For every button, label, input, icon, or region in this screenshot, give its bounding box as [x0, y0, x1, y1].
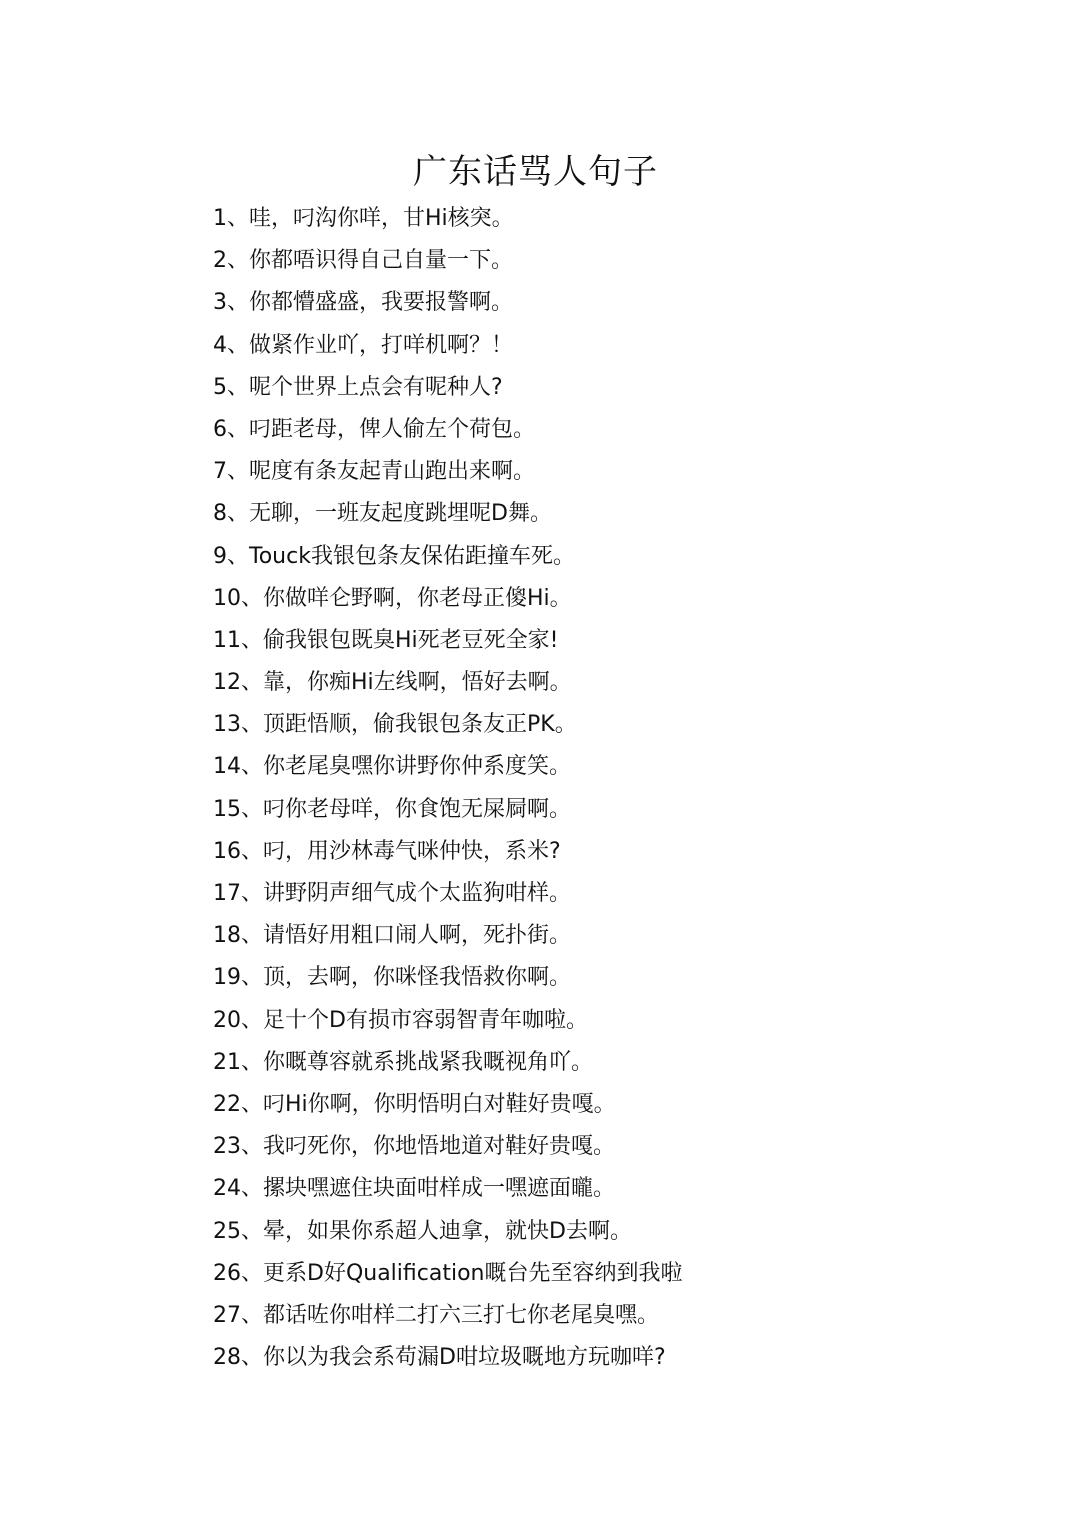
item-number: 8、: [213, 501, 249, 526]
item-text: 顶距悟顺，偷我银包条友正PK。: [263, 712, 577, 737]
list-item: 9、Touck我银包条友保佑距撞车死。: [213, 536, 682, 578]
item-number: 25、: [213, 1219, 263, 1244]
item-text: 都话咗你咁样二打六三打七你老尾臭嘿。: [263, 1303, 659, 1328]
list-item: 24、摞块嘿遮住块面咁样成一嘿遮面曨。: [213, 1168, 682, 1210]
list-item: 7、呢度有条友起青山跑出来啊。: [213, 451, 682, 493]
list-item: 27、都话咗你咁样二打六三打七你老尾臭嘿。: [213, 1295, 682, 1337]
item-text: 请悟好用粗口闹人啊，死扑街。: [263, 923, 571, 948]
item-text: Touck我银包条友保佑距撞车死。: [249, 544, 575, 569]
item-text: 叼距老母，俾人偷左个荷包。: [249, 417, 535, 442]
list-item: 28、你以为我会系苟漏D咁垃圾嘅地方玩咖咩?: [213, 1337, 682, 1379]
list-item: 5、呢个世界上点会有呢种人?: [213, 367, 682, 409]
item-text: 哇，叼沟你咩，甘Hi核突。: [249, 206, 514, 231]
item-number: 5、: [213, 375, 249, 400]
list-item: 20、足十个D有损市容弱智青年咖啦。: [213, 1000, 682, 1042]
item-number: 15、: [213, 797, 263, 822]
item-text: 顶，去啊，你咪怪我悟救你啊。: [263, 965, 571, 990]
list-item: 11、偷我银包既臭Hi死老豆死全家!: [213, 620, 682, 662]
item-text: 叼，用沙林毒气咪仲快，系米?: [263, 839, 561, 864]
item-text: 你都唔识得自己自量一下。: [249, 248, 513, 273]
list-item: 4、做紧作业吖，打咩机啊？！: [213, 325, 682, 367]
list-item: 26、更系D好Qualification嘅台先至容纳到我啦: [213, 1253, 682, 1295]
item-text: 摞块嘿遮住块面咁样成一嘿遮面曨。: [263, 1176, 615, 1201]
item-number: 4、: [213, 333, 249, 358]
item-text: 晕，如果你系超人迪拿，就快D去啊。: [263, 1219, 632, 1244]
list-item: 1、哇，叼沟你咩，甘Hi核突。: [213, 198, 682, 240]
list-item: 10、你做咩仑野啊，你老母正傻Hi。: [213, 578, 682, 620]
item-number: 12、: [213, 670, 263, 695]
item-text: 呢度有条友起青山跑出来啊。: [249, 459, 535, 484]
list-item: 12、靠，你痴Hi左线啊，悟好去啊。: [213, 662, 682, 704]
item-number: 19、: [213, 965, 263, 990]
item-text: 偷我银包既臭Hi死老豆死全家!: [263, 628, 558, 653]
item-number: 3、: [213, 290, 249, 315]
item-text: 我叼死你，你地悟地道对鞋好贵嘎。: [263, 1134, 615, 1159]
item-number: 21、: [213, 1050, 263, 1075]
item-text: 讲野阴声细气成个太监狗咁样。: [263, 881, 571, 906]
item-text: 叼Hi你啊，你明悟明白对鞋好贵嘎。: [263, 1092, 616, 1117]
item-text: 你嘅尊容就系挑战紧我嘅视角吖。: [263, 1050, 593, 1075]
item-number: 9、: [213, 544, 249, 569]
list-item: 3、你都懵盛盛，我要报警啊。: [213, 282, 682, 324]
item-number: 11、: [213, 628, 263, 653]
item-number: 7、: [213, 459, 249, 484]
item-text: 做紧作业吖，打咩机啊？！: [249, 333, 513, 358]
sentence-list: 1、哇，叼沟你咩，甘Hi核突。 2、你都唔识得自己自量一下。 3、你都懵盛盛，我…: [213, 198, 682, 1379]
item-text: 你以为我会系苟漏D咁垃圾嘅地方玩咖咩?: [263, 1345, 666, 1370]
list-item: 25、晕，如果你系超人迪拿，就快D去啊。: [213, 1211, 682, 1253]
item-text: 更系D好Qualification嘅台先至容纳到我啦: [263, 1261, 682, 1286]
item-text: 无聊，一班友起度跳埋呢D舞。: [249, 501, 552, 526]
item-number: 17、: [213, 881, 263, 906]
list-item: 8、无聊，一班友起度跳埋呢D舞。: [213, 493, 682, 535]
item-number: 6、: [213, 417, 249, 442]
item-number: 27、: [213, 1303, 263, 1328]
list-item: 19、顶，去啊，你咪怪我悟救你啊。: [213, 957, 682, 999]
list-item: 18、请悟好用粗口闹人啊，死扑街。: [213, 915, 682, 957]
item-number: 13、: [213, 712, 263, 737]
item-number: 28、: [213, 1345, 263, 1370]
item-number: 10、: [213, 586, 263, 611]
item-text: 靠，你痴Hi左线啊，悟好去啊。: [263, 670, 572, 695]
item-number: 14、: [213, 754, 263, 779]
document-title: 广东话骂人句子: [0, 150, 1071, 194]
list-item: 14、你老尾臭嘿你讲野你仲系度笑。: [213, 746, 682, 788]
list-item: 15、叼你老母咩，你食饱无屎屙啊。: [213, 789, 682, 831]
item-number: 1、: [213, 206, 249, 231]
list-item: 21、你嘅尊容就系挑战紧我嘅视角吖。: [213, 1042, 682, 1084]
item-number: 2、: [213, 248, 249, 273]
list-item: 23、我叼死你，你地悟地道对鞋好贵嘎。: [213, 1126, 682, 1168]
item-number: 18、: [213, 923, 263, 948]
item-number: 22、: [213, 1092, 263, 1117]
item-text: 叼你老母咩，你食饱无屎屙啊。: [263, 797, 571, 822]
item-text: 呢个世界上点会有呢种人?: [249, 375, 503, 400]
list-item: 22、叼Hi你啊，你明悟明白对鞋好贵嘎。: [213, 1084, 682, 1126]
list-item: 2、你都唔识得自己自量一下。: [213, 240, 682, 282]
item-number: 23、: [213, 1134, 263, 1159]
item-number: 24、: [213, 1176, 263, 1201]
list-item: 16、叼，用沙林毒气咪仲快，系米?: [213, 831, 682, 873]
item-number: 26、: [213, 1261, 263, 1286]
item-text: 你老尾臭嘿你讲野你仲系度笑。: [263, 754, 571, 779]
list-item: 17、讲野阴声细气成个太监狗咁样。: [213, 873, 682, 915]
item-text: 你都懵盛盛，我要报警啊。: [249, 290, 513, 315]
item-text: 你做咩仑野啊，你老母正傻Hi。: [263, 586, 572, 611]
item-text: 足十个D有损市容弱智青年咖啦。: [263, 1008, 588, 1033]
item-number: 16、: [213, 839, 263, 864]
item-number: 20、: [213, 1008, 263, 1033]
list-item: 6、叼距老母，俾人偷左个荷包。: [213, 409, 682, 451]
list-item: 13、顶距悟顺，偷我银包条友正PK。: [213, 704, 682, 746]
